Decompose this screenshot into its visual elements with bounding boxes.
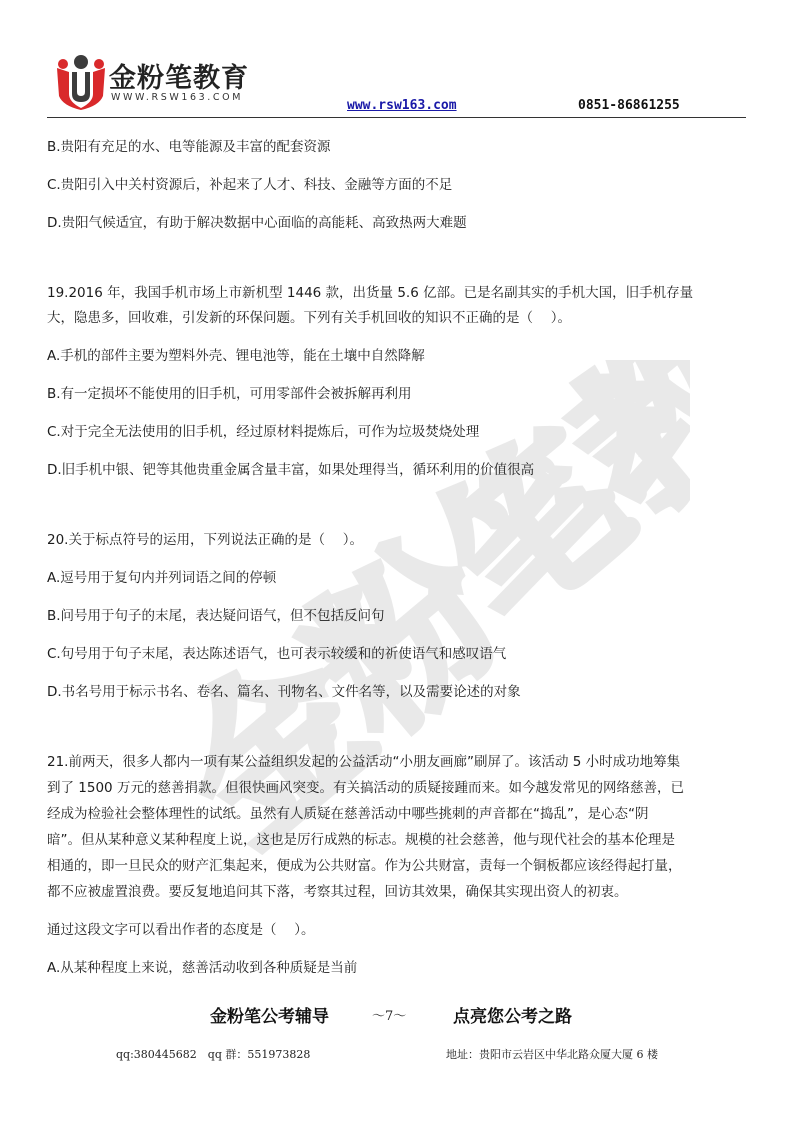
footer-slogan-left: 金粉笔公考辅导	[210, 1002, 329, 1027]
q19-stem-line-2: 大，隐患多，回收难，引发新的环保问题。下列有关手机回收的知识不正确的是（ ）。	[47, 306, 571, 326]
q21-option-a: A.从某种程度上来说，慈善活动收到各种质疑是当前	[47, 956, 357, 976]
q20-option-b: B.问号用于句子的末尾，表达疑问语气，但不包括反问句	[47, 604, 385, 624]
q18-option-b: B.贵阳有充足的水、电等能源及丰富的配套资源	[47, 135, 331, 155]
q19-option-b: B.有一定损坏不能使用的旧手机，可用零部件会被拆解再利用	[47, 382, 412, 402]
website-link[interactable]: www.rsw163.com	[347, 98, 457, 113]
q21-question: 通过这段文字可以看出作者的态度是（ ）。	[47, 918, 315, 938]
q21-passage-line-6: 都不应被虚置浪费。要反复地追问其下落，考察其过程，回访其效果，确保其实现出资人的…	[47, 880, 628, 900]
page-number: ～7～	[372, 1005, 406, 1024]
q18-option-c: C.贵阳引入中关村资源后，补起来了人才、科技、金融等方面的不足	[47, 173, 452, 193]
q21-passage-line-4: 暗”。但从某种意义某种程度上说，这也是厉行成熟的标志。规模的社会慈善，他与现代社…	[47, 828, 675, 848]
q20-option-d: D.书名号用于标示书名、卷名、篇名、刊物名、文件名等，以及需要论述的对象	[47, 680, 521, 700]
q20-stem: 20.关于标点符号的运用，下列说法正确的是（ ）。	[47, 528, 363, 548]
q21-passage-line-2: 到了 1500 万元的慈善捐款。但很快画风突变。有关搞活动的质疑接踵而来。如今越…	[47, 776, 684, 796]
phone-number: 0851-86861255	[578, 98, 680, 113]
q19-option-c: C.对于完全无法使用的旧手机，经过原材料提炼后，可作为垃圾焚烧处理	[47, 420, 479, 440]
q21-passage-line-5: 相通的，即一旦民众的财产汇集起来，便成为公共财富。作为公共财富，责每一个铜板都应…	[47, 854, 682, 874]
q21-passage-line-3: 经成为检验社会整体理性的试纸。虽然有人质疑在慈善活动中哪些挑刺的声音都在“捣乱”…	[47, 802, 648, 822]
q19-option-d: D.旧手机中银、钯等其他贵重金属含量丰富，如果处理得当，循环利用的价值很高	[47, 458, 534, 478]
brand-url: WWW.RSW163.COM	[111, 92, 243, 103]
header-divider	[47, 117, 746, 118]
footer-slogan-right: 点亮您公考之路	[453, 1002, 572, 1027]
q18-option-d: D.贵阳气候适宜，有助于解决数据中心面临的高能耗、高致热两大难题	[47, 211, 467, 231]
brand-name: 金粉笔教育	[109, 56, 249, 95]
footer-qq: qq:380445682 qq 群：551973828	[116, 1046, 310, 1062]
q20-option-a: A.逗号用于复句内并列词语之间的停顿	[47, 566, 276, 586]
page-footer: 金粉笔公考辅导 ～7～ 点亮您公考之路	[0, 1002, 793, 1032]
q21-passage-line-1: 21.前两天，很多人都内一项有某公益组织发起的公益活动“小朋友画廊”刷屏了。该活…	[47, 750, 680, 770]
page-header: 金粉笔教育 WWW.RSW163.COM www.rsw163.com 0851…	[47, 48, 747, 118]
q19-stem-line-1: 19.2016 年，我国手机市场上市新机型 1446 款，出货量 5.6 亿部。…	[47, 281, 693, 301]
brand-logo-icon	[55, 54, 107, 110]
brand-logo: 金粉笔教育 WWW.RSW163.COM	[51, 52, 251, 116]
footer-address: 地址：贵阳市云岩区中华北路众厦大厦 6 楼	[446, 1046, 658, 1062]
q19-option-a: A.手机的部件主要为塑料外壳、锂电池等，能在土壤中自然降解	[47, 344, 425, 364]
q20-option-c: C.句号用于句子末尾，表达陈述语气，也可表示较缓和的祈使语气和感叹语气	[47, 642, 506, 662]
